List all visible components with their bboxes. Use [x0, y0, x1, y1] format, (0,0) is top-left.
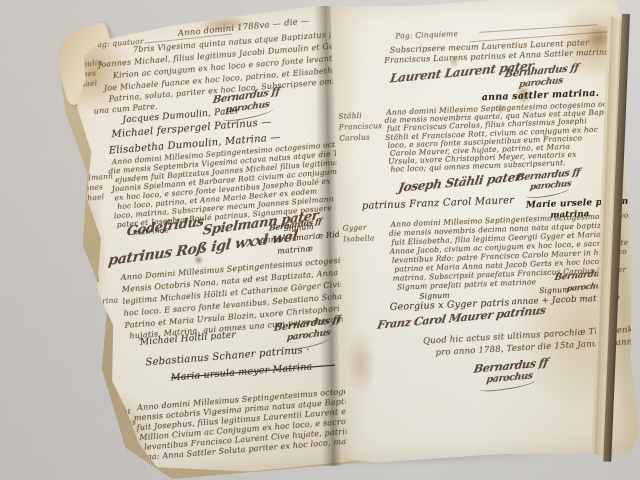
- margin-name: Catharina: [78, 295, 118, 307]
- flourish: [479, 24, 597, 33]
- stain: [345, 331, 377, 396]
- signum-label: Signum: [539, 285, 570, 295]
- father-signature: Joseph Stähli pater: [397, 170, 522, 195]
- margin-name: Isabella: [343, 233, 375, 243]
- margin-name: Spielmann: [71, 171, 114, 183]
- margin-name: Gyger: [343, 223, 367, 233]
- patrinus-signature: patrinus Franz Carol Maurer: [362, 195, 515, 212]
- page-header-label: Pag: Cinquieme: [395, 29, 458, 40]
- manuscript-scan: Pag: quatuor Anno domini 1788va — die — …: [0, 0, 640, 480]
- right-page: Pag: Cinquieme Subscripsere mecum Lauren…: [330, 0, 640, 464]
- margin-name: Michael: [72, 192, 104, 203]
- margin-name: Carolus: [339, 133, 370, 143]
- margin-name: Anna: [77, 286, 98, 297]
- margin-name: Franciscus: [339, 121, 383, 132]
- margin-name: Stähli: [338, 111, 362, 121]
